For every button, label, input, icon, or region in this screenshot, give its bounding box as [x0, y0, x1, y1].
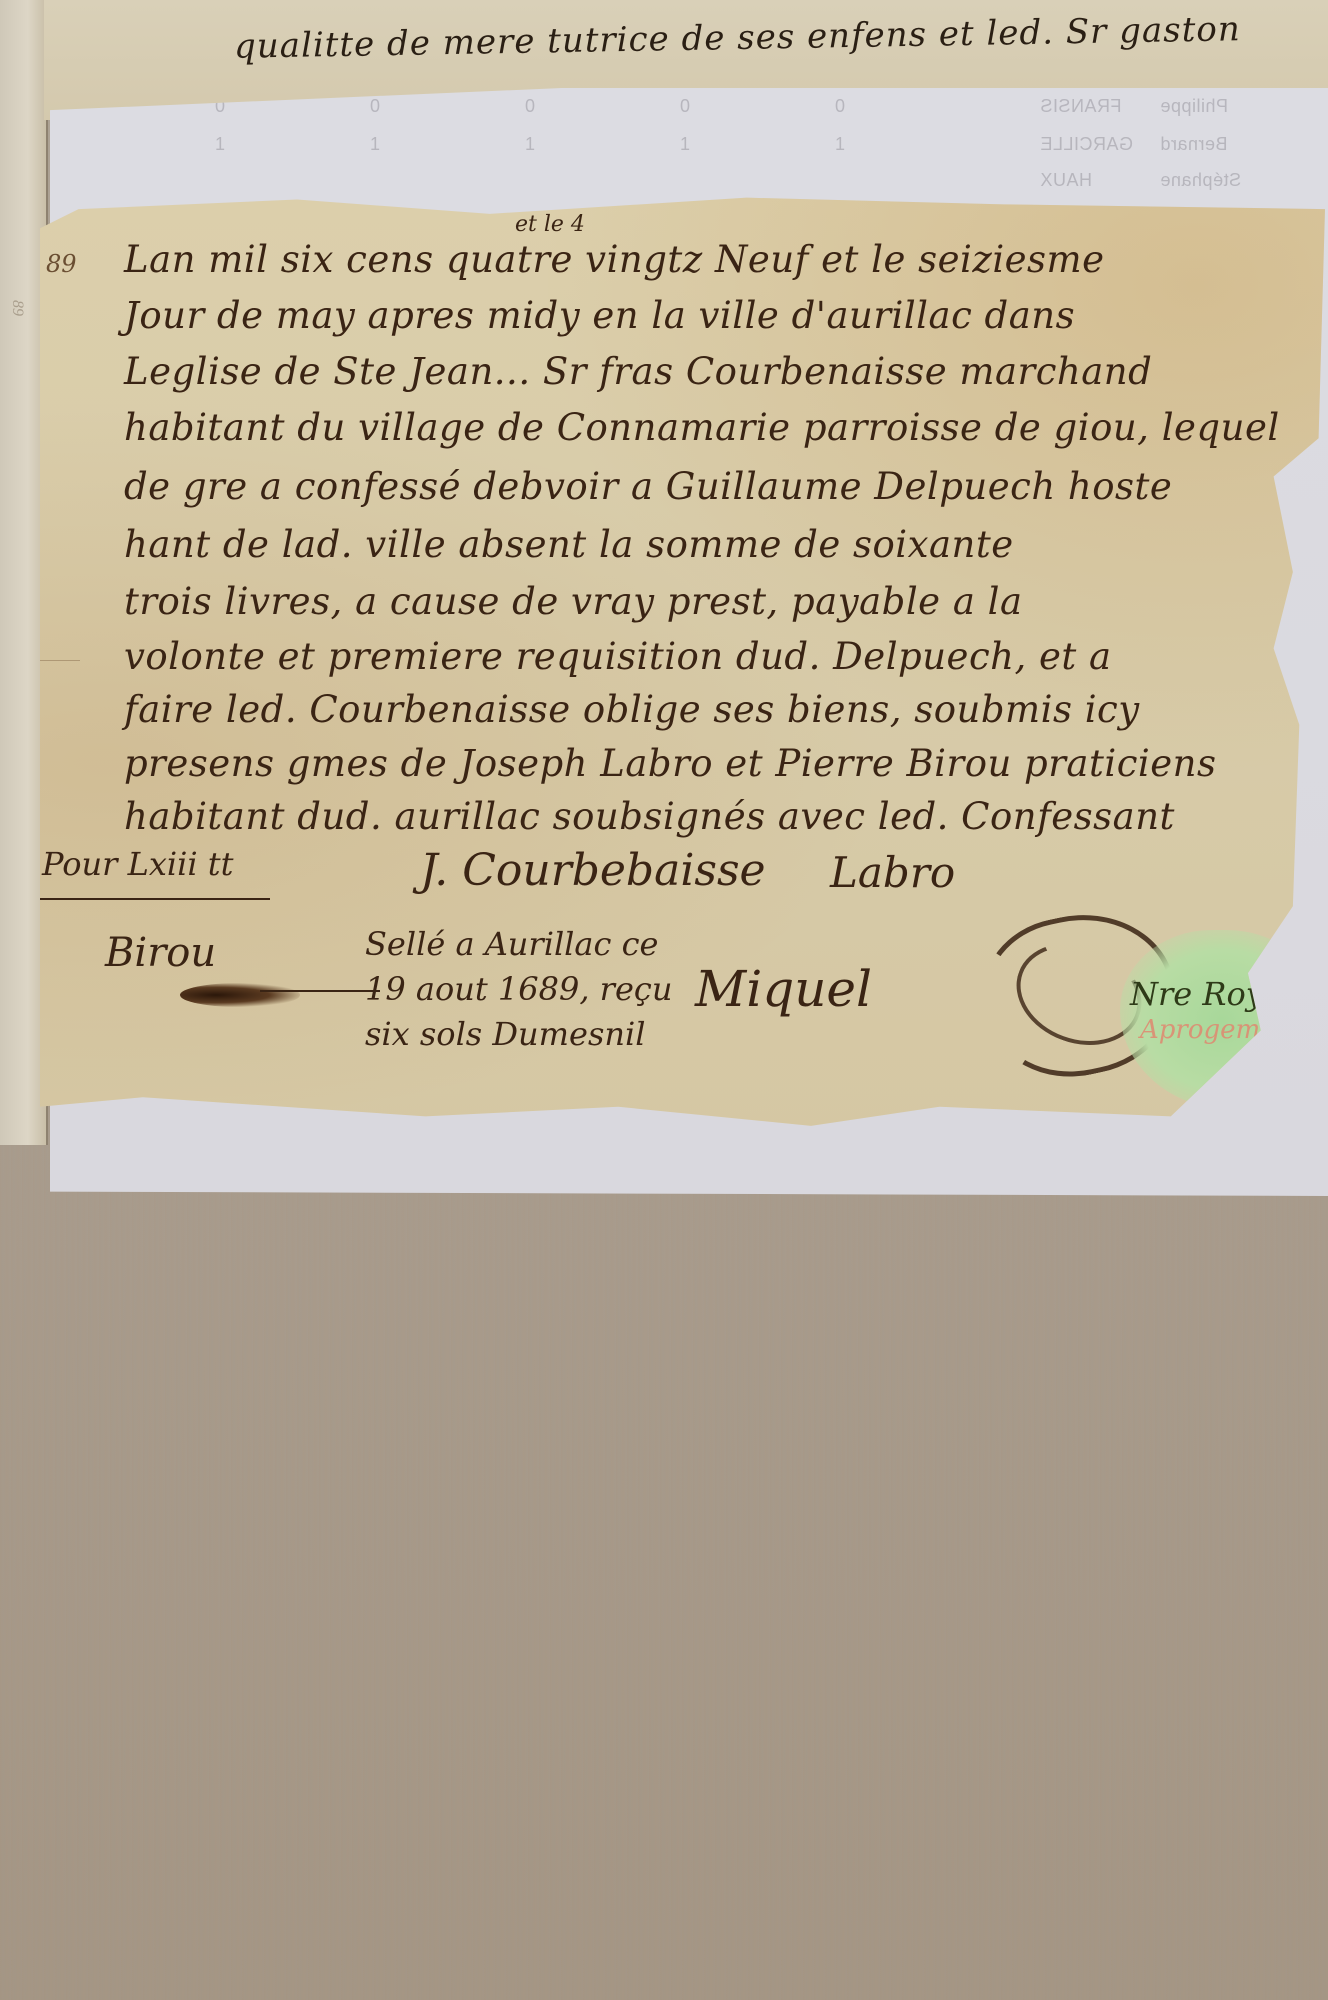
ink-blot: [180, 983, 300, 1007]
margin-number: 89: [46, 250, 77, 278]
manuscript-line-11: habitant dud. aurillac soubsignés avec l…: [124, 795, 1175, 838]
margin-rule: [40, 660, 80, 661]
ghost-cell: 0: [525, 96, 535, 117]
signature-labro: Labro: [830, 848, 955, 897]
signature-notary-miquel: Miquel: [695, 960, 872, 1018]
ghost-cell: 1: [525, 134, 535, 155]
ghost-firstname: Bernard: [1160, 134, 1228, 155]
ghost-firstname: Philippe: [1160, 96, 1228, 117]
manuscript-line-8: volonte et premiere requisition dud. Del…: [124, 635, 1112, 678]
ghost-cell: 1: [215, 134, 225, 155]
ghost-cell: 0: [835, 96, 845, 117]
ghost-cell: 1: [680, 134, 690, 155]
manuscript-line-4: habitant du village de Connamarie parroi…: [124, 406, 1280, 449]
handwritten-manuscript: 89 et le 4 Lan mil six cens quatre vingt…: [40, 190, 1325, 1145]
registration-line-3: six sols Dumesnil: [365, 1015, 645, 1053]
manuscript-line-1: Lan mil six cens quatre vingtz Neuf et l…: [124, 238, 1105, 281]
registration-line-2: 19 aout 1689, reçu: [365, 970, 672, 1008]
manuscript-line-10: presens gmes de Joseph Labro et Pierre B…: [124, 742, 1216, 785]
previous-page-text-line: qualitte de mere tutrice de ses enfens e…: [234, 9, 1241, 67]
signature-flourish: [260, 990, 380, 992]
registration-line-1: Sellé a Aurillac ce: [365, 925, 658, 963]
ghost-cell: 1: [370, 134, 380, 155]
ghost-surname: FRANSIS: [1040, 96, 1122, 117]
ghost-cell: 0: [680, 96, 690, 117]
manuscript-line-9: faire led. Courbenaisse oblige ses biens…: [124, 688, 1140, 731]
ghost-row: 1 1 1 1 1 GARCILLE Bernard: [50, 134, 1328, 162]
manuscript-line-5: de gre a confessé debvoir a Guillaume De…: [124, 465, 1172, 508]
margin-faint-text: 89: [8, 300, 26, 316]
ghost-row: HAUX Stéphane: [50, 170, 1328, 198]
ghost-cell: 1: [835, 134, 845, 155]
interlinear-note: et le 4: [515, 212, 585, 237]
ghost-firstname: Stéphane: [1160, 170, 1241, 191]
show-through-table: 0 0 0 0 0 FRANSIS Philippe 1 1 1 1 1 GAR…: [50, 88, 1328, 198]
ghost-surname: GARCILLE: [1040, 134, 1133, 155]
ghost-surname: HAUX: [1040, 170, 1092, 191]
signature-birou: Birou: [105, 930, 216, 976]
ghost-cell: 0: [370, 96, 380, 117]
manuscript-line-7: trois livres, a cause de vray prest, pay…: [124, 580, 1023, 623]
manuscript-line-3: Leglise de Ste Jean... Sr fras Courbenai…: [124, 350, 1152, 393]
margin-amount: Pour Lxiii tt: [42, 845, 233, 883]
manuscript-line-6: hant de lad. ville absent la somme de so…: [124, 523, 1014, 566]
signature-debtor: J. Courbebaisse: [420, 845, 766, 896]
manuscript-line-2: Jour de may apres midy en la ville d'aur…: [124, 294, 1075, 337]
margin-rule-line: [40, 898, 270, 900]
